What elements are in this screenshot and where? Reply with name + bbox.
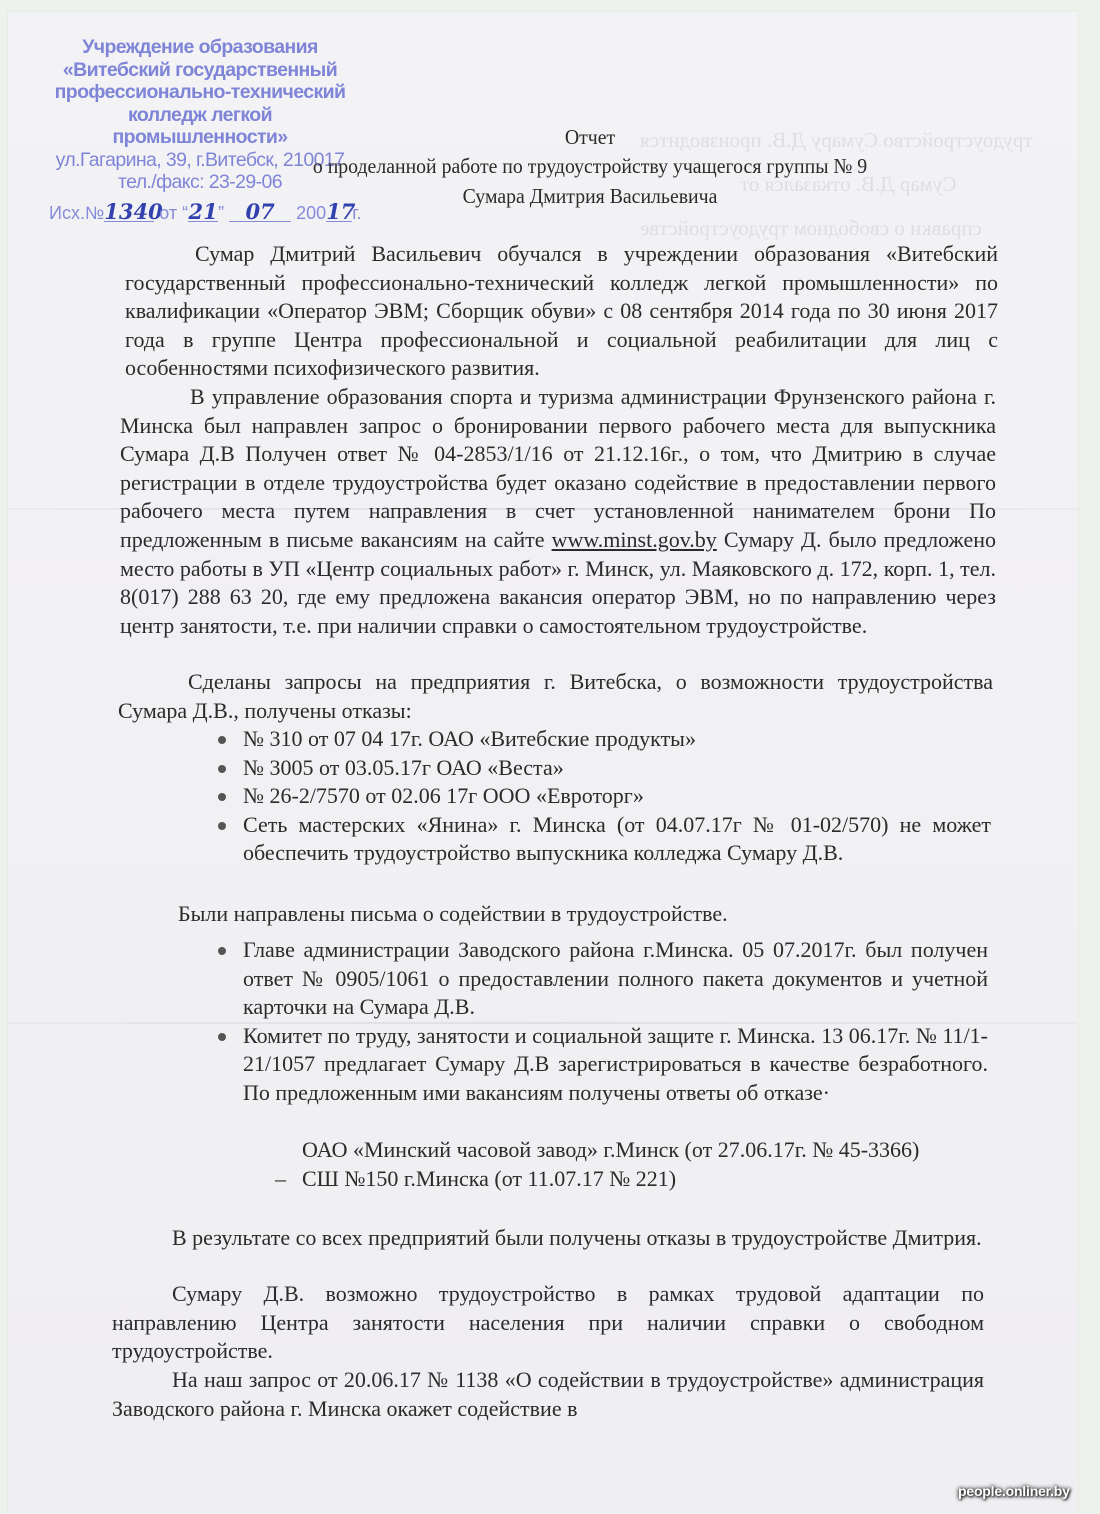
paragraph-vitebsk-requests: Сделаны запросы на предприятия г. Витебс…	[118, 668, 993, 725]
bullet-icon	[218, 765, 226, 773]
report-subtitle: о проделанной работе по трудоустройству …	[194, 153, 985, 179]
paragraph-text: Были направлены письма о содействии в тр…	[178, 900, 998, 929]
paragraph-text: Сумар Дмитрий Васильевич обучался в учре…	[125, 240, 998, 383]
list-item-text: СШ №150 г.Минска (от 11.07.17 № 221)	[302, 1166, 676, 1191]
paragraph-text: Сумару Д.В. возможно трудоустройство в р…	[112, 1280, 984, 1366]
paragraph-text: В управление образования спорта и туризм…	[120, 383, 996, 640]
ref-number-handwritten: 1340	[104, 203, 154, 222]
list-item: Главе администрации Заводского района г.…	[243, 936, 988, 1022]
paragraph-education: Сумар Дмитрий Васильевич обучался в учре…	[125, 240, 998, 383]
list-item-text: № 3005 от 03.05.17г ОАО «Веста»	[243, 755, 564, 780]
bullet-icon	[218, 822, 226, 830]
bullet-icon	[218, 736, 226, 744]
list-item: № 26-2/7570 от 02.06 17г ООО «Евроторг»	[243, 782, 991, 811]
paragraph-result: В результате со всех предприятий были по…	[112, 1224, 984, 1253]
refusals-list: № 310 от 07 04 17г. ОАО «Витебские проду…	[243, 725, 991, 868]
ref-prefix: Исх.№	[49, 203, 104, 223]
list-item-text: ОАО «Минский часовой завод» г.Минск (от …	[302, 1137, 919, 1162]
list-item: –СШ №150 г.Минска (от 11.07.17 № 221)	[302, 1165, 984, 1194]
paragraph-text: Сделаны запросы на предприятия г. Витебс…	[118, 668, 993, 725]
reverse-bleed-line: справки о свободном трудоустройстве	[640, 216, 982, 241]
student-name: Сумара Дмитрия Васильевича	[194, 183, 985, 209]
list-item: № 310 от 07 04 17г. ОАО «Витебские проду…	[243, 725, 991, 754]
bullet-icon	[218, 947, 226, 955]
paragraph-job-reservation: В управление образования спорта и туризм…	[120, 383, 996, 640]
list-item-text: Главе администрации Заводского района г.…	[243, 937, 988, 1019]
paragraph-letters: Были направлены письма о содействии в тр…	[178, 900, 998, 929]
list-item: ОАО «Минский часовой завод» г.Минск (от …	[302, 1136, 984, 1165]
list-item-text: № 26-2/7570 от 02.06 17г ООО «Евроторг»	[243, 783, 644, 808]
stamp-line: Учреждение образования	[40, 36, 360, 59]
list-item: № 3005 от 03.05.17г ОАО «Веста»	[243, 754, 991, 783]
stamp-line: профессионально-технический	[40, 81, 360, 104]
site-watermark: people.onliner.by	[958, 1483, 1070, 1499]
paragraph-text: На наш запрос от 20.06.17 № 1138 «О соде…	[112, 1366, 984, 1423]
paragraph-text: В результате со всех предприятий были по…	[112, 1224, 984, 1253]
list-item: Комитет по труду, занятости и социальной…	[243, 1022, 988, 1108]
list-item-text: № 310 от 07 04 17г. ОАО «Витебские проду…	[243, 726, 696, 751]
vacancy-refusals-list: ОАО «Минский часовой завод» г.Минск (от …	[302, 1136, 984, 1193]
stamp-line: «Витебский государственный	[40, 59, 360, 82]
paragraph-zavodskoy-request: На наш запрос от 20.06.17 № 1138 «О соде…	[112, 1366, 984, 1423]
ref-from: от	[159, 203, 177, 223]
list-item-text: Сеть мастерских «Янина» г. Минска (от 04…	[243, 812, 991, 866]
list-item: Сеть мастерских «Янина» г. Минска (от 04…	[243, 811, 991, 868]
dash-bullet-icon: –	[275, 1165, 286, 1194]
letters-list: Главе администрации Заводского района г.…	[243, 936, 988, 1108]
report-title: Отчет	[194, 124, 985, 150]
bullet-icon	[218, 1033, 226, 1041]
list-item-text: Комитет по труду, занятости и социальной…	[243, 1023, 988, 1105]
minst-website-link[interactable]: www.minst.gov.by	[552, 527, 717, 552]
paragraph-possibility: Сумару Д.В. возможно трудоустройство в р…	[112, 1280, 984, 1366]
